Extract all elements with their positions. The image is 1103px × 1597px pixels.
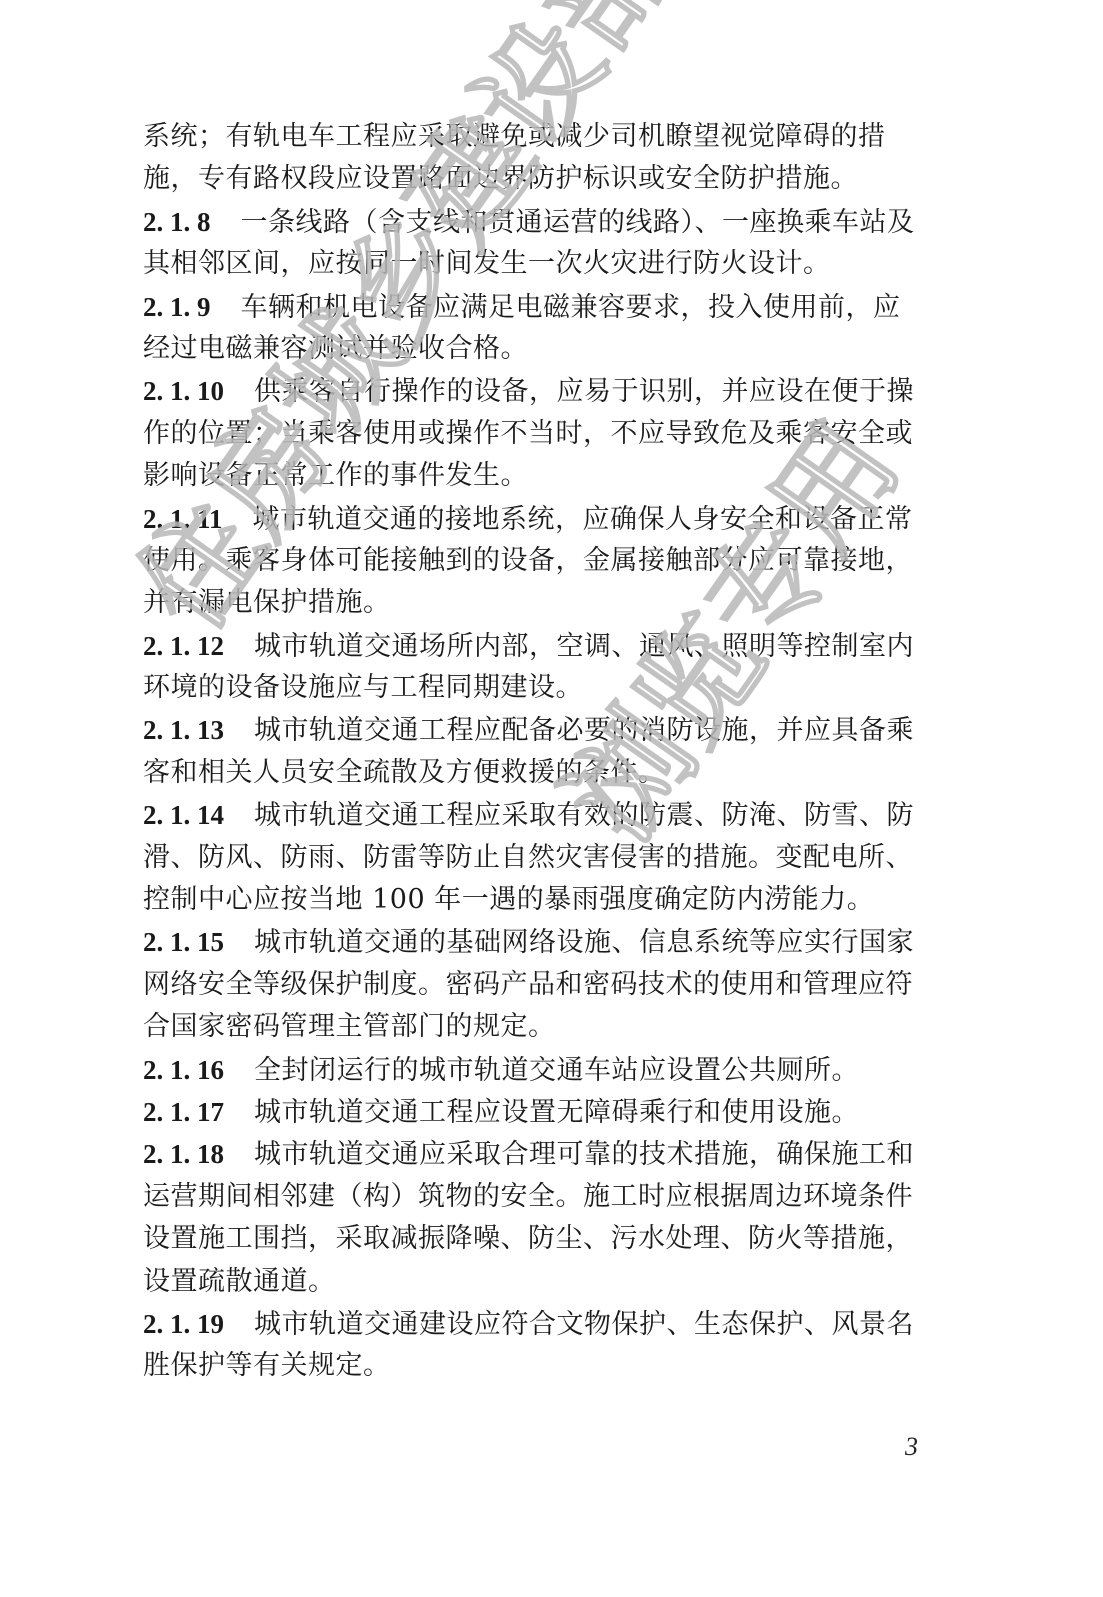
text-line: 设置疏散通道。 [143, 1261, 963, 1303]
clause-number: 2. 1. 9 [143, 286, 211, 328]
line-text: 作的位置；当乘客使用或操作不当时，不应导致危及乘客安全或 [143, 418, 913, 449]
line-text: 设置疏散通道。 [143, 1266, 336, 1297]
text-line: 设置施工围挡，采取减振降噪、防尘、污水处理、防火等措施， [143, 1218, 963, 1260]
line-text: 影响设备正常工作的事件发生。 [143, 460, 528, 491]
text-line: 运营期间相邻建（构）筑物的安全。施工时应根据周边环境条件 [143, 1176, 963, 1218]
line-text: 环境的设备设施应与工程同期建设。 [143, 672, 583, 703]
clause-2-1-9: 2. 1. 9车辆和机电设备应满足电磁兼容要求，投入使用前，应 [143, 286, 963, 328]
line-text: 运营期间相邻建（构）筑物的安全。施工时应根据周边环境条件 [143, 1181, 913, 1212]
text-line: 施，专有路权段应设置路面边界防护标识或安全防护措施。 [143, 158, 963, 200]
clause-number: 2. 1. 19 [143, 1303, 224, 1345]
document-page: 系统；有轨电车工程应采取避免或减少司机瞭望视觉障碍的措 施，专有路权段应设置路面… [0, 0, 1103, 1597]
line-text: 胜保护等有关规定。 [143, 1350, 391, 1381]
clause-2-1-18: 2. 1. 18城市轨道交通应采取合理可靠的技术措施，确保施工和 [143, 1133, 963, 1175]
line-text: 网络安全等级保护制度。密码产品和密码技术的使用和管理应符 [143, 969, 913, 1000]
clause-2-1-10: 2. 1. 10供乘客自行操作的设备，应易于识别，并应设在便于操 [143, 370, 963, 412]
clause-number: 2. 1. 13 [143, 709, 224, 751]
line-text: 一条线路（含支线和贯通运营的线路）、一座换乘车站及 [241, 207, 915, 238]
text-line: 环境的设备设施应与工程同期建设。 [143, 667, 963, 709]
line-text: 城市轨道交通工程应设置无障碍乘行和使用设施。 [254, 1097, 859, 1128]
line-text: 城市轨道交通工程应配备必要的消防设施，并应具备乘 [254, 715, 914, 746]
clause-2-1-15: 2. 1. 15城市轨道交通的基础网络设施、信息系统等应实行国家 [143, 921, 963, 963]
line-text: 并有漏电保护措施。 [143, 587, 391, 618]
line-text: 设置施工围挡，采取减振降噪、防尘、污水处理、防火等措施， [143, 1223, 913, 1254]
line-text: 城市轨道交通工程应采取有效的防震、防淹、防雪、防 [254, 800, 914, 831]
text-line: 滑、防风、防雨、防雷等防止自然灾害侵害的措施。变配电所、 [143, 837, 963, 879]
body-text: 系统；有轨电车工程应采取避免或减少司机瞭望视觉障碍的措 施，专有路权段应设置路面… [143, 116, 963, 1388]
line-text: 供乘客自行操作的设备，应易于识别，并应设在便于操 [254, 376, 914, 407]
text-line: 控制中心应按当地 100 年一遇的暴雨强度确定防内涝能力。 [143, 879, 963, 921]
line-text: 全封闭运行的城市轨道交通车站应设置公共厕所。 [254, 1055, 859, 1086]
text-line: 客和相关人员安全疏散及方便救援的条件。 [143, 752, 963, 794]
clause-number: 2. 1. 16 [143, 1049, 224, 1091]
line-text: 城市轨道交通场所内部，空调、通风、照明等控制室内 [254, 631, 914, 662]
line-text: 其相邻区间，应按同一时间发生一次火灾进行防火设计。 [143, 248, 831, 279]
clause-number: 2. 1. 12 [143, 625, 224, 667]
line-text: 客和相关人员安全疏散及方便救援的条件。 [143, 757, 666, 788]
clause-2-1-16: 2. 1. 16全封闭运行的城市轨道交通车站应设置公共厕所。 [143, 1049, 963, 1091]
line-text: 城市轨道交通的基础网络设施、信息系统等应实行国家 [254, 927, 914, 958]
clause-2-1-11: 2. 1. 11城市轨道交通的接地系统，应确保人身安全和设备正常 [143, 498, 963, 540]
line-text: 控制中心应按当地 100 年一遇的暴雨强度确定防内涝能力。 [143, 884, 874, 915]
text-line: 使用。乘客身体可能接触到的设备，金属接触部分应可靠接地， [143, 540, 963, 582]
line-text: 使用。乘客身体可能接触到的设备，金属接触部分应可靠接地， [143, 545, 913, 576]
clause-2-1-19: 2. 1. 19城市轨道交通建设应符合文物保护、生态保护、风景名 [143, 1303, 963, 1345]
clause-2-1-14: 2. 1. 14城市轨道交通工程应采取有效的防震、防淹、防雪、防 [143, 794, 963, 836]
line-text: 车辆和机电设备应满足电磁兼容要求，投入使用前，应 [241, 292, 901, 323]
clause-number: 2. 1. 10 [143, 370, 224, 412]
clause-number: 2. 1. 8 [143, 201, 211, 243]
line-text: 合国家密码管理主管部门的规定。 [143, 1011, 556, 1042]
line-text: 城市轨道交通的接地系统，应确保人身安全和设备正常 [253, 504, 913, 535]
line-text: 系统；有轨电车工程应采取避免或减少司机瞭望视觉障碍的措 [143, 121, 886, 152]
clause-number: 2. 1. 17 [143, 1091, 224, 1133]
text-line: 网络安全等级保护制度。密码产品和密码技术的使用和管理应符 [143, 964, 963, 1006]
clause-number: 2. 1. 11 [143, 498, 223, 540]
page-number: 3 [905, 1432, 918, 1462]
line-text: 经过电磁兼容测试并验收合格。 [143, 333, 528, 364]
clause-2-1-17: 2. 1. 17城市轨道交通工程应设置无障碍乘行和使用设施。 [143, 1091, 963, 1133]
clause-number: 2. 1. 18 [143, 1133, 224, 1175]
text-line: 合国家密码管理主管部门的规定。 [143, 1006, 963, 1048]
line-text: 城市轨道交通建设应符合文物保护、生态保护、风景名 [254, 1309, 914, 1340]
clause-number: 2. 1. 14 [143, 794, 224, 836]
clause-number: 2. 1. 15 [143, 921, 224, 963]
text-line: 胜保护等有关规定。 [143, 1345, 963, 1387]
text-line: 影响设备正常工作的事件发生。 [143, 455, 963, 497]
text-line: 系统；有轨电车工程应采取避免或减少司机瞭望视觉障碍的措 [143, 116, 963, 158]
text-line: 并有漏电保护措施。 [143, 582, 963, 624]
line-text: 施，专有路权段应设置路面边界防护标识或安全防护措施。 [143, 163, 858, 194]
text-line: 其相邻区间，应按同一时间发生一次火灾进行防火设计。 [143, 243, 963, 285]
clause-2-1-12: 2. 1. 12城市轨道交通场所内部，空调、通风、照明等控制室内 [143, 625, 963, 667]
text-line: 经过电磁兼容测试并验收合格。 [143, 328, 963, 370]
line-text: 滑、防风、防雨、防雷等防止自然灾害侵害的措施。变配电所、 [143, 842, 913, 873]
line-text: 城市轨道交通应采取合理可靠的技术措施，确保施工和 [254, 1139, 914, 1170]
text-line: 作的位置；当乘客使用或操作不当时，不应导致危及乘客安全或 [143, 413, 963, 455]
clause-2-1-13: 2. 1. 13城市轨道交通工程应配备必要的消防设施，并应具备乘 [143, 709, 963, 751]
clause-2-1-8: 2. 1. 8一条线路（含支线和贯通运营的线路）、一座换乘车站及 [143, 201, 963, 243]
